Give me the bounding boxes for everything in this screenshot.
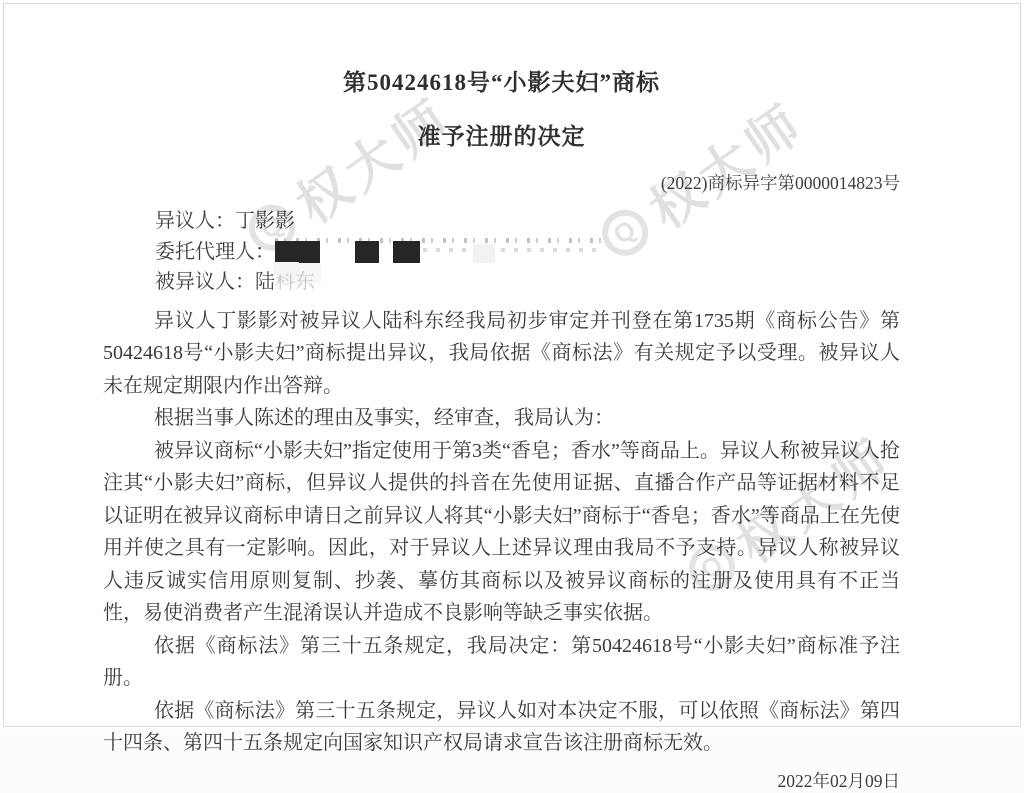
agent-label: 委托代理人：	[155, 241, 275, 263]
opponent-line: 异议人：丁影影	[155, 206, 900, 237]
paragraph: 依据《商标法》第三十五条规定，异议人如对本决定不服，可以依照《商标法》第四十四条…	[103, 695, 900, 731]
redacted-text-fragment	[275, 238, 601, 243]
redacted-text-fragment	[423, 248, 601, 252]
document-content: 第50424618号“小影夫妇”商标 准予注册的决定 (2022)商标异字第00…	[103, 0, 900, 730]
redaction-box	[275, 241, 320, 263]
redaction-box	[393, 241, 420, 263]
redaction-box-light	[273, 262, 299, 274]
respondent-line: 被异议人：陆科东	[155, 267, 900, 298]
agent-line: 委托代理人：	[155, 237, 900, 268]
respondent-label: 被异议人：	[155, 271, 255, 293]
doc-title-line2: 准予注册的决定	[103, 118, 900, 151]
doc-title-line1: 第50424618号“小影夫妇”商标	[103, 64, 900, 97]
opponent-name: 丁影影	[235, 210, 295, 232]
opponent-label: 异议人：	[155, 210, 235, 232]
parties-section: 异议人：丁影影 委托代理人： 被异议人：陆科东	[103, 206, 900, 298]
doc-number: (2022)商标异字第0000014823号	[103, 170, 900, 195]
paragraph: 被异议商标“小影夫妇”指定使用于第3类“香皂；香水”等商品上。异议人称被异议人抢…	[103, 435, 900, 630]
respondent-name: 陆科东	[255, 271, 315, 293]
redaction-box	[355, 241, 379, 263]
respondent-name-obscured: 科东	[275, 271, 315, 293]
paragraph: 依据《商标法》第三十五条规定，我局决定：第50424618号“小影夫妇”商标准予…	[103, 630, 900, 695]
paragraph: 根据当事人陈述的理由及事实，经审查，我局认为：	[103, 402, 900, 435]
paragraph: 异议人丁影影对被异议人陆科东经我局初步审定并刊登在第1735期《商标公告》第50…	[103, 305, 900, 403]
document-page: Q 权大师 Q 权大师 Q 权大师 第50424618号“小影夫妇”商标 准予注…	[0, 0, 1024, 730]
decision-body: 异议人丁影影对被异议人陆科东经我局初步审定并刊登在第1735期《商标公告》第50…	[103, 305, 900, 731]
redaction-blocks	[275, 238, 607, 263]
redaction-box-light	[473, 244, 495, 263]
